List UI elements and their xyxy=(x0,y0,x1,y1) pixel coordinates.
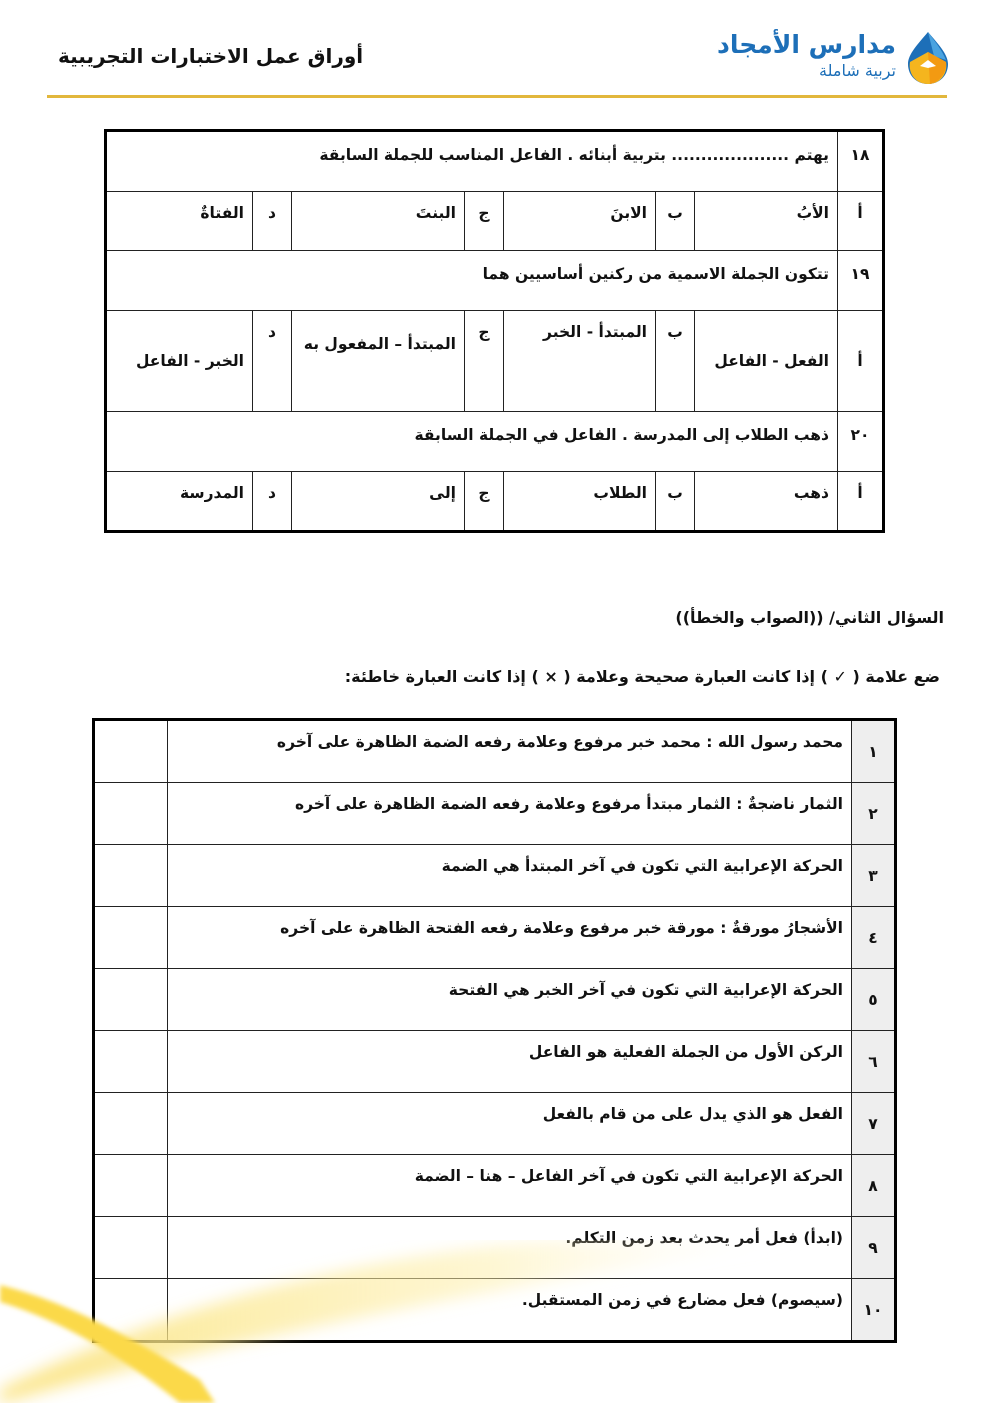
statement-number: ٤ xyxy=(852,907,896,969)
statement-row: ٧ الفعل هو الذي يدل على من قام بالفعل xyxy=(94,1093,896,1155)
question-row: ٢٠ ذهب الطلاب إلى المدرسة . الفاعل في ال… xyxy=(106,412,884,472)
statement-number: ٥ xyxy=(852,969,896,1031)
answer-cell[interactable] xyxy=(94,1093,168,1155)
true-false-table: ١ محمد رسول الله : محمد خبر مرفوع وعلامة… xyxy=(92,718,897,1343)
statement-number: ٨ xyxy=(852,1155,896,1217)
statement-row: ٥ الحركة الإعرابية التي تكون في آخر الخب… xyxy=(94,969,896,1031)
statement-text: الحركة الإعرابية التي تكون في آخر المبتد… xyxy=(168,845,852,907)
statement-number: ٦ xyxy=(852,1031,896,1093)
option-d[interactable]: الفتاةٌ xyxy=(106,192,253,251)
options-row: أ ذهب ب الطلاب ج إلى د المدرسة xyxy=(106,472,884,532)
statement-text: الحركة الإعرابية التي تكون في آخر الفاعل… xyxy=(168,1155,852,1217)
instructions: ضع علامة ( ✓ ) إذا كانت العبارة صحيحة وع… xyxy=(345,667,940,686)
options-row: أ الفعل - الفاعل ب المبتدأ - الخبر ج الم… xyxy=(106,311,884,412)
question-text: ذهب الطلاب إلى المدرسة . الفاعل في الجمل… xyxy=(106,412,838,472)
option-d[interactable]: الخبر - الفاعل xyxy=(106,311,253,412)
question-number: ١٨ xyxy=(838,131,884,192)
answer-cell[interactable] xyxy=(94,845,168,907)
question-text: يهتم .................... بتربية أبنائه … xyxy=(106,131,838,192)
option-letter: ج xyxy=(465,311,504,412)
statement-number: ١ xyxy=(852,720,896,783)
statement-text: الركن الأول من الجملة الفعلية هو الفاعل xyxy=(168,1031,852,1093)
section-title: السؤال الثاني/ ((الصواب والخطأ)) xyxy=(675,608,944,627)
droplet-logo-icon xyxy=(904,30,952,86)
option-b[interactable]: الابنَ xyxy=(504,192,656,251)
statement-text: الفعل هو الذي يدل على من قام بالفعل xyxy=(168,1093,852,1155)
question-number: ١٩ xyxy=(838,251,884,311)
option-d[interactable]: المدرسة xyxy=(106,472,253,532)
option-c[interactable]: البنتَ xyxy=(292,192,465,251)
school-logo: مدارس الأمجاد تربية شاملة xyxy=(682,28,952,88)
statement-text: (ابدأ) فعل أمر يحدث بعد زمن التكلم. xyxy=(168,1217,852,1279)
statement-text: الحركة الإعرابية التي تكون في آخر الخبر … xyxy=(168,969,852,1031)
header-divider xyxy=(47,95,947,98)
option-a[interactable]: ذهب xyxy=(695,472,838,532)
option-letter: ج xyxy=(465,472,504,532)
option-c[interactable]: إلى xyxy=(292,472,465,532)
statement-row: ٤ الأشجارُ مورقةٌ : مورقة خبر مرفوع وعلا… xyxy=(94,907,896,969)
statement-row: ٨ الحركة الإعرابية التي تكون في آخر الفا… xyxy=(94,1155,896,1217)
logo-name: مدارس الأمجاد xyxy=(717,30,896,59)
multiple-choice-table: ١٨ يهتم .................... بتربية أبنا… xyxy=(104,129,885,533)
answer-cell[interactable] xyxy=(94,1217,168,1279)
option-a[interactable]: الأبُ xyxy=(695,192,838,251)
statement-row: ٩ (ابدأ) فعل أمر يحدث بعد زمن التكلم. xyxy=(94,1217,896,1279)
option-letter: ب xyxy=(656,192,695,251)
answer-cell[interactable] xyxy=(94,969,168,1031)
answer-cell[interactable] xyxy=(94,1279,168,1342)
statement-row: ٦ الركن الأول من الجملة الفعلية هو الفاع… xyxy=(94,1031,896,1093)
option-letter: أ xyxy=(838,192,884,251)
statement-text: الأشجارُ مورقةٌ : مورقة خبر مرفوع وعلامة… xyxy=(168,907,852,969)
answer-cell[interactable] xyxy=(94,1155,168,1217)
statement-number: ٣ xyxy=(852,845,896,907)
answer-cell[interactable] xyxy=(94,783,168,845)
statement-number: ٩ xyxy=(852,1217,896,1279)
statement-text: محمد رسول الله : محمد خبر مرفوع وعلامة ر… xyxy=(168,720,852,783)
document-title: أوراق عمل الاختبارات التجريبية xyxy=(58,44,363,68)
statement-row: ١ محمد رسول الله : محمد خبر مرفوع وعلامة… xyxy=(94,720,896,783)
option-letter: أ xyxy=(838,311,884,412)
answer-cell[interactable] xyxy=(94,1031,168,1093)
option-letter: د xyxy=(253,192,292,251)
statement-row: ٢ الثمار ناضجةٌ : الثمار مبتدأ مرفوع وعل… xyxy=(94,783,896,845)
option-letter: أ xyxy=(838,472,884,532)
statement-number: ٢ xyxy=(852,783,896,845)
option-letter: د xyxy=(253,472,292,532)
logo-tagline: تربية شاملة xyxy=(819,61,896,80)
statement-text: (سيصوم) فعل مضارع في زمن المستقبل. xyxy=(168,1279,852,1342)
option-letter: ب xyxy=(656,311,695,412)
statement-row: ١٠ (سيصوم) فعل مضارع في زمن المستقبل. xyxy=(94,1279,896,1342)
option-letter: ج xyxy=(465,192,504,251)
question-row: ١٨ يهتم .................... بتربية أبنا… xyxy=(106,131,884,192)
statement-text: الثمار ناضجةٌ : الثمار مبتدأ مرفوع وعلام… xyxy=(168,783,852,845)
page-header: أوراق عمل الاختبارات التجريبية مدارس الأ… xyxy=(0,0,992,100)
option-letter: ب xyxy=(656,472,695,532)
option-letter: د xyxy=(253,311,292,412)
option-b[interactable]: المبتدأ - الخبر xyxy=(504,311,656,412)
statement-number: ١٠ xyxy=(852,1279,896,1342)
question-text: تتكون الجملة الاسمية من ركنين أساسيين هم… xyxy=(106,251,838,311)
statement-number: ٧ xyxy=(852,1093,896,1155)
options-row: أ الأبُ ب الابنَ ج البنتَ د الفتاةٌ xyxy=(106,192,884,251)
question-row: ١٩ تتكون الجملة الاسمية من ركنين أساسيين… xyxy=(106,251,884,311)
answer-cell[interactable] xyxy=(94,720,168,783)
question-number: ٢٠ xyxy=(838,412,884,472)
statement-row: ٣ الحركة الإعرابية التي تكون في آخر المب… xyxy=(94,845,896,907)
option-c[interactable]: المبتدأ – المفعول به xyxy=(292,311,465,412)
option-b[interactable]: الطلاب xyxy=(504,472,656,532)
option-a[interactable]: الفعل - الفاعل xyxy=(695,311,838,412)
answer-cell[interactable] xyxy=(94,907,168,969)
